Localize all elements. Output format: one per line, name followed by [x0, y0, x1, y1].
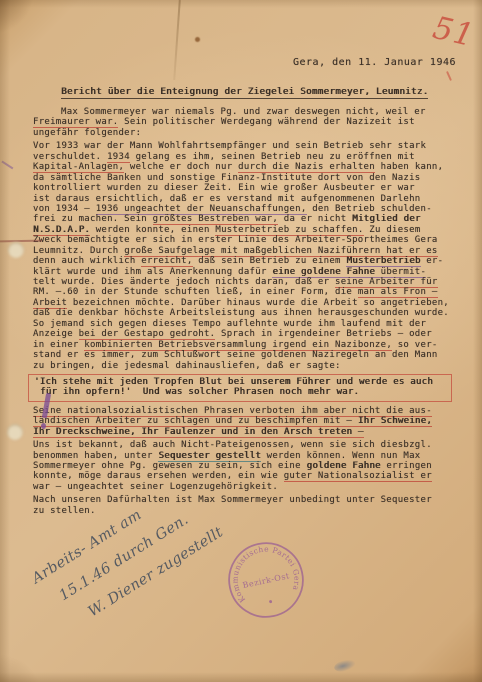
marked-text-segment: größtes Bestreben war, — [153, 214, 278, 225]
marked-text-segment: Mitglied der — [352, 214, 420, 224]
dateline: Gera, den 11. Januar 1946 — [293, 57, 456, 68]
marked-text-segment: eine goldene Fahne — [272, 267, 375, 278]
text-line: für ihn opfern!' Und was solcher Phrasen… — [34, 387, 446, 397]
text-segment: er- — [421, 256, 444, 266]
text-line: Arbeit bezeichnen möchte. Darüber hinaus… — [33, 298, 459, 308]
text-line: ist daraus ersichtlich, daß er es versta… — [33, 194, 459, 204]
text-line: Freimaurer war. Sein politischer Werdega… — [33, 117, 459, 127]
text-segment: stand er es immer, zum Schlußwort seine … — [33, 350, 438, 360]
text-segment: daß sein Betrieb zu einem — [193, 256, 347, 266]
text-segment: zu bringen, die jedesmal dahinausliefen,… — [33, 361, 341, 371]
text-segment: erringen — [381, 461, 432, 471]
text-segment: Vor 1933 war der Mann Wohlfahrtsempfänge… — [33, 141, 426, 151]
text-line: verschuldet. 1934 gelang es ihm, seinen … — [33, 152, 459, 162]
pencil-margin-mark — [2, 161, 14, 169]
marked-text-segment: Musterbetrieb — [346, 256, 420, 267]
marked-text-segment: goldene Fahne — [307, 461, 381, 471]
text-line: stand er es immer, zum Schlußwort seine … — [33, 350, 459, 360]
text-line: Ihr Dreckschweine, Ihr Faulenzer und in … — [33, 427, 459, 437]
party-stamp: Kommunistische Partei Gera Bezirk-Ost — [219, 533, 314, 628]
text-line: Leumnitz. Durch große Saufgelage mit maß… — [33, 246, 459, 256]
text-line: ländischen Arbeiter zu schlagen und zu b… — [33, 416, 459, 426]
text-line: Max Sommermeyer war niemals Pg. und zwar… — [33, 107, 459, 117]
marked-text-segment: übermit- — [375, 267, 426, 278]
text-line: Anzeige bei der Gestapo gedroht. Sprach … — [33, 329, 459, 339]
text-segment: daß die denkbar höchste Arbeitsleistung … — [33, 308, 449, 318]
marked-text-segment: Ihr Schweine, — [358, 416, 432, 427]
text-line: zu bringen, die jedesmal dahinausliefen,… — [33, 361, 459, 371]
text-line: Kapital-Anlagen, welche er doch nur durc… — [33, 162, 459, 172]
text-segment: den Betrieb schulden- — [307, 204, 432, 214]
text-line: RM. –.60 in der Stunde schuften ließ, in… — [33, 287, 459, 297]
text-line: frei zu machen. Sein größtes Bestreben w… — [33, 214, 459, 224]
marked-text-segment: Freimaurer war. — [33, 117, 118, 128]
text-segment: in einer — [33, 340, 84, 350]
text-segment: 'Ich stehe mit jeden Tropfen Blut bei — [34, 377, 251, 387]
stamp-center-text: Bezirk-Ost — [242, 571, 291, 590]
ink-smudge — [333, 657, 357, 673]
text-segment: denn auch wirklich — [33, 256, 141, 266]
text-segment: Zu diesem — [364, 225, 421, 235]
boxed-quote-paragraph: 'Ich stehe mit jeden Tropfen Blut bei un… — [28, 374, 452, 402]
text-segment: für ihn opfern!' Und was solcher Phrasen… — [40, 387, 359, 397]
document-title: Bericht über die Enteignung der Ziegelei… — [61, 86, 428, 99]
text-segment: ungefähr folgender: — [33, 128, 141, 138]
paragraph: Seine nationalsozialistischen Phrasen ve… — [33, 406, 459, 437]
text-line: kontrolliert wurden zu dieser Zeit. Ein … — [33, 183, 459, 193]
text-line: ungefähr folgender: — [33, 128, 459, 138]
exclamation-mark-annotation — [41, 423, 46, 429]
text-segment: kontrolliert wurden zu dieser Zeit. Ein … — [33, 183, 415, 193]
text-line: klärt wurde und ihm als Anerkennung dafü… — [33, 267, 459, 277]
text-segment: Sein politischer Werdegang während der N… — [118, 117, 414, 127]
text-segment: Sprach in irgendeiner Betriebs – oder — [215, 329, 432, 339]
text-segment: Anzeige — [33, 329, 79, 339]
text-segment: gelang es ihm, seinen Betrieb neu zu erö… — [130, 152, 415, 162]
red-pencil-mark — [446, 71, 452, 81]
marked-text-segment: bei der Gestapo gedroht. — [79, 329, 216, 340]
text-line: Vor 1933 war der Mann Wohlfahrtsempfänge… — [33, 141, 459, 151]
text-segment: telt wurde. Dies änderte jedoch nichts d… — [33, 277, 335, 287]
text-segment: von 1934 – — [33, 204, 96, 214]
paragraph: Max Sommermeyer war niemals Pg. und zwar… — [33, 107, 459, 138]
paper-crease — [173, 0, 180, 80]
text-segment: ist daraus ersichtlich, daß er es versta… — [33, 194, 421, 204]
marked-text-segment: erreicht, — [141, 256, 192, 267]
marked-text-segment: durch die Nazis erhalten — [238, 162, 375, 173]
scanned-document-page: 51 Gera, den 11. Januar 1946 Bericht übe… — [0, 0, 482, 682]
punch-hole — [7, 424, 23, 440]
svg-text:Kommunistische Partei Gera: Kommunistische Partei Gera — [224, 538, 305, 606]
text-line: da sämtliche Banken und sonstige Finanz-… — [33, 173, 459, 183]
marked-text-segment: Kapital-Anlagen, — [33, 162, 124, 173]
marked-text-segment: man als Fron – — [358, 287, 438, 298]
text-line: Seine nationalsozialistischen Phrasen ve… — [33, 406, 459, 416]
text-line: 'Ich stehe mit jeden Tropfen Blut bei un… — [34, 377, 446, 387]
text-line: Zweck bemächtigte er sich in erster Lini… — [33, 235, 459, 245]
paper-stain — [195, 37, 200, 42]
marked-text-segment: guter Nationalsozialist er — [284, 471, 432, 482]
text-segment: so ver- — [392, 340, 438, 350]
text-segment: da er nicht — [278, 214, 352, 224]
punch-hole — [8, 242, 24, 258]
text-segment: Max Sommermeyer war niemals Pg. und zwar… — [61, 107, 426, 117]
text-segment: werden konnte, einen — [90, 225, 215, 235]
text-segment: Zweck bemächtigte er sich in erster Lini… — [33, 235, 438, 245]
marked-text-segment: Ihr Dreckschweine, Ihr Faulenzer und in … — [33, 427, 364, 438]
text-line: von 1934 – 1936 ungeachtet der Neuanscha… — [33, 204, 459, 214]
page-number-annotation: 51 — [429, 10, 477, 54]
marked-text-segment: ländischen Arbeiter zu schlagen und zu b… — [33, 416, 358, 427]
stamp-dot — [269, 600, 272, 603]
paragraph: Vor 1933 war der Mann Wohlfahrtsempfänge… — [33, 141, 459, 371]
text-segment: zu stellen. — [33, 506, 96, 516]
text-segment: Leumnitz. Durch — [33, 246, 124, 256]
text-segment: bezeichnen möchte. Darüber hinaus wurde … — [67, 298, 449, 308]
text-line: telt wurde. Dies änderte jedoch nichts d… — [33, 277, 459, 287]
text-segment: da sämtliche Banken und sonstige Finanz-… — [33, 173, 421, 183]
text-segment: und werde es auch — [330, 377, 433, 387]
text-line: So jemand sich gegen dieses Tempo aufleh… — [33, 319, 459, 329]
marked-text-segment: unserem Führer — [251, 377, 331, 387]
stamp-ring-text: Kommunistische Partei Gera — [224, 538, 305, 606]
text-line: in einer kombinierten Betriebsversammlun… — [33, 340, 459, 350]
text-segment: verschuldet. — [33, 152, 107, 162]
text-segment: werden können. Wenn nun Max — [261, 451, 421, 461]
text-line: N.S.D.A.P. werden konnte, einen Musterbe… — [33, 225, 459, 235]
text-segment: welche er doch nur — [124, 162, 238, 172]
text-segment: klärt wurde und ihm als Anerkennung dafü… — [33, 267, 272, 277]
text-segment: benommen haben, unter — [33, 451, 158, 461]
text-line: denn auch wirklich erreicht, daß sein Be… — [33, 256, 459, 266]
text-segment: haben kann, — [375, 162, 443, 172]
text-segment: So jemand sich gegen dieses Tempo aufleh… — [33, 319, 426, 329]
text-segment: Sommermeyer ohne Pg. gewesen zu sein, si… — [33, 461, 307, 471]
text-segment: frei zu machen. Sein — [33, 214, 153, 224]
text-line: daß die denkbar höchste Arbeitsleistung … — [33, 308, 459, 318]
marked-text-segment: kombinierten Betriebsversammlung irgend … — [84, 340, 392, 351]
text-segment: RM. –.60 in der Stunde schuften ließ, in… — [33, 287, 358, 297]
